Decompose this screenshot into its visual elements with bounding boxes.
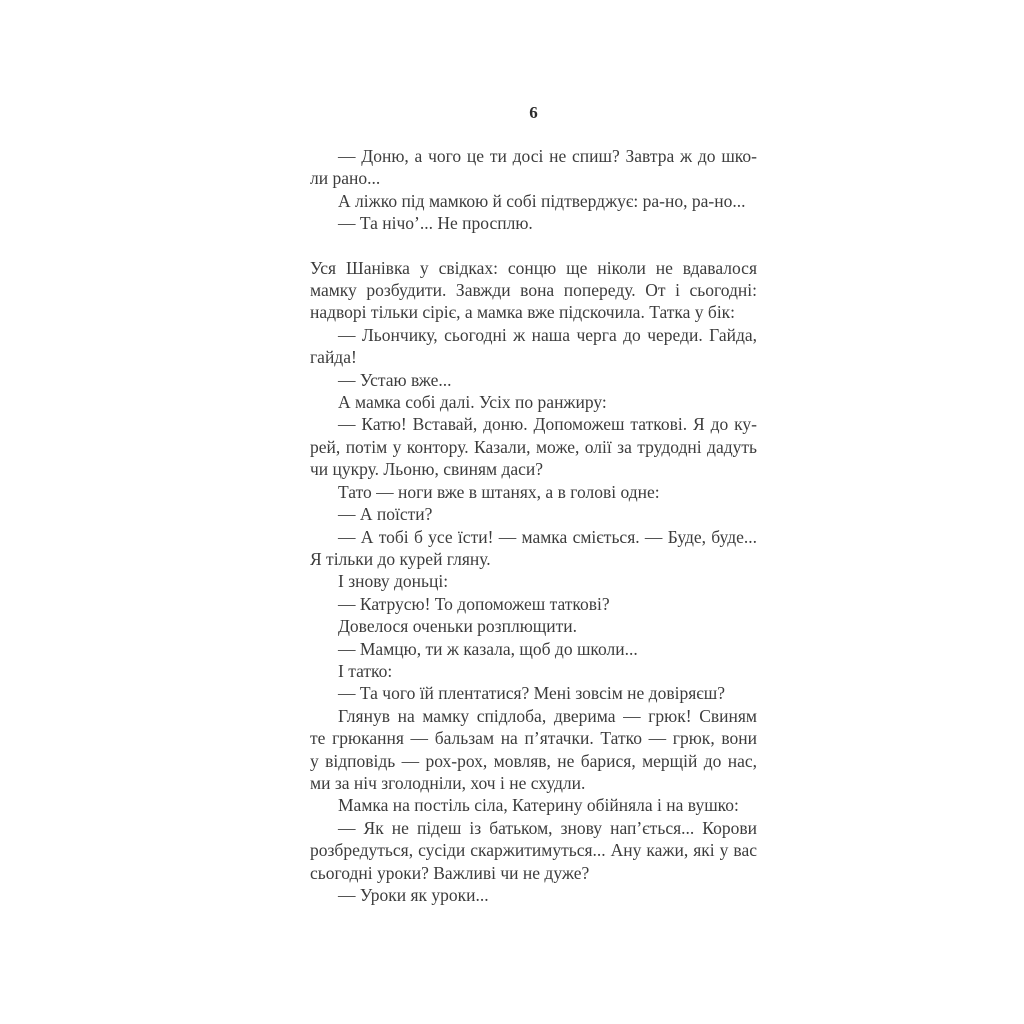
- text-line: — Катю! Вставай, доню. Допоможеш таткові…: [310, 413, 757, 435]
- text-line: — Та нічо’... Не просплю.: [310, 212, 757, 234]
- text-line: Глянув на мамку спідлоба, дверима — грюк…: [310, 705, 757, 727]
- text-line: гайда!: [310, 346, 757, 368]
- paragraph: Глянув на мамку спідлоба, дверима — грюк…: [310, 705, 757, 795]
- text-line: Тато — ноги вже в штанях, а в голові одн…: [310, 481, 757, 503]
- text-line: — Як не підеш із батьком, знову нап’єтьс…: [310, 817, 757, 839]
- paragraph: — А тобі б усе їсти! — мамка сміється. —…: [310, 526, 757, 571]
- text-line: — Уроки як уроки...: [310, 884, 757, 906]
- text-line: те грюкання — бальзам на п’ятачки. Татко…: [310, 727, 757, 749]
- text-line: надворі тільки сіріє, а мамка вже підско…: [310, 301, 757, 323]
- paragraph: Уся Шанівка у свідках: сонцю ще ніколи н…: [310, 257, 757, 324]
- text-line: — Катрусю! То допоможеш таткові?: [310, 593, 757, 615]
- paragraph: А ліжко під мамкою й собі підтверджує: р…: [310, 190, 757, 212]
- page-text: — Доню, а чого це ти досі не спиш? Завтр…: [310, 145, 757, 906]
- paragraph: — А поїсти?: [310, 503, 757, 525]
- paragraph: — Устаю вже...: [310, 369, 757, 391]
- text-line: — А поїсти?: [310, 503, 757, 525]
- paragraph: — Катю! Вставай, доню. Допоможеш таткові…: [310, 413, 757, 480]
- text-line: — Та чого їй плентатися? Мені зовсім не …: [310, 682, 757, 704]
- paragraph: — Та чого їй плентатися? Мені зовсім не …: [310, 682, 757, 704]
- text-line: — Льончику, сьогодні ж наша черга до чер…: [310, 324, 757, 346]
- text-line: — Устаю вже...: [310, 369, 757, 391]
- paragraph: — Мамцю, ти ж казала, щоб до школи...: [310, 638, 757, 660]
- paragraph: — Доню, а чого це ти досі не спиш? Завтр…: [310, 145, 757, 190]
- paragraph: І знову доньці:: [310, 570, 757, 592]
- paragraph: — Льончику, сьогодні ж наша черга до чер…: [310, 324, 757, 369]
- text-line: чи цукру. Льоню, свиням даси?: [310, 458, 757, 480]
- text-line: у відповідь — рох-рох, мовляв, не барися…: [310, 750, 757, 772]
- text-line: розбредуться, сусіди скаржитимуться... А…: [310, 839, 757, 861]
- paragraph: — Та нічо’... Не просплю.: [310, 212, 757, 234]
- paragraph: Довелося оченьки розплющити.: [310, 615, 757, 637]
- text-line: мамку розбудити. Завжди вона попереду. О…: [310, 279, 757, 301]
- text-line: Довелося оченьки розплющити.: [310, 615, 757, 637]
- paragraph: І татко:: [310, 660, 757, 682]
- text-line: ли рано...: [310, 167, 757, 189]
- text-line: рей, потім у контору. Казали, може, олії…: [310, 436, 757, 458]
- text-line: І татко:: [310, 660, 757, 682]
- paragraph: — Як не підеш із батьком, знову нап’єтьс…: [310, 817, 757, 884]
- text-line: А мамка собі далі. Усіх по ранжиру:: [310, 391, 757, 413]
- paragraph: Тато — ноги вже в штанях, а в голові одн…: [310, 481, 757, 503]
- text-line: Мамка на постіль сіла, Катерину обійняла…: [310, 794, 757, 816]
- page-number: 6: [310, 102, 757, 124]
- paragraph: А мамка собі далі. Усіх по ранжиру:: [310, 391, 757, 413]
- text-line: — А тобі б усе їсти! — мамка сміється. —…: [310, 526, 757, 548]
- text-line: ми за ніч зголодніли, хоч і не схудли.: [310, 772, 757, 794]
- paragraph: — Катрусю! То допоможеш таткові?: [310, 593, 757, 615]
- text-line: Уся Шанівка у свідках: сонцю ще ніколи н…: [310, 257, 757, 279]
- text-line: — Доню, а чого це ти досі не спиш? Завтр…: [310, 145, 757, 167]
- text-line: Я тільки до курей гляну.: [310, 548, 757, 570]
- paragraph: — Уроки як уроки...: [310, 884, 757, 906]
- text-line: — Мамцю, ти ж казала, щоб до школи...: [310, 638, 757, 660]
- text-line: І знову доньці:: [310, 570, 757, 592]
- text-line: А ліжко під мамкою й собі підтверджує: р…: [310, 190, 757, 212]
- book-page: 6 — Доню, а чого це ти досі не спиш? Зав…: [0, 0, 1024, 1024]
- paragraph: Мамка на постіль сіла, Катерину обійняла…: [310, 794, 757, 816]
- text-line: сьогодні уроки? Важливі чи не дуже?: [310, 862, 757, 884]
